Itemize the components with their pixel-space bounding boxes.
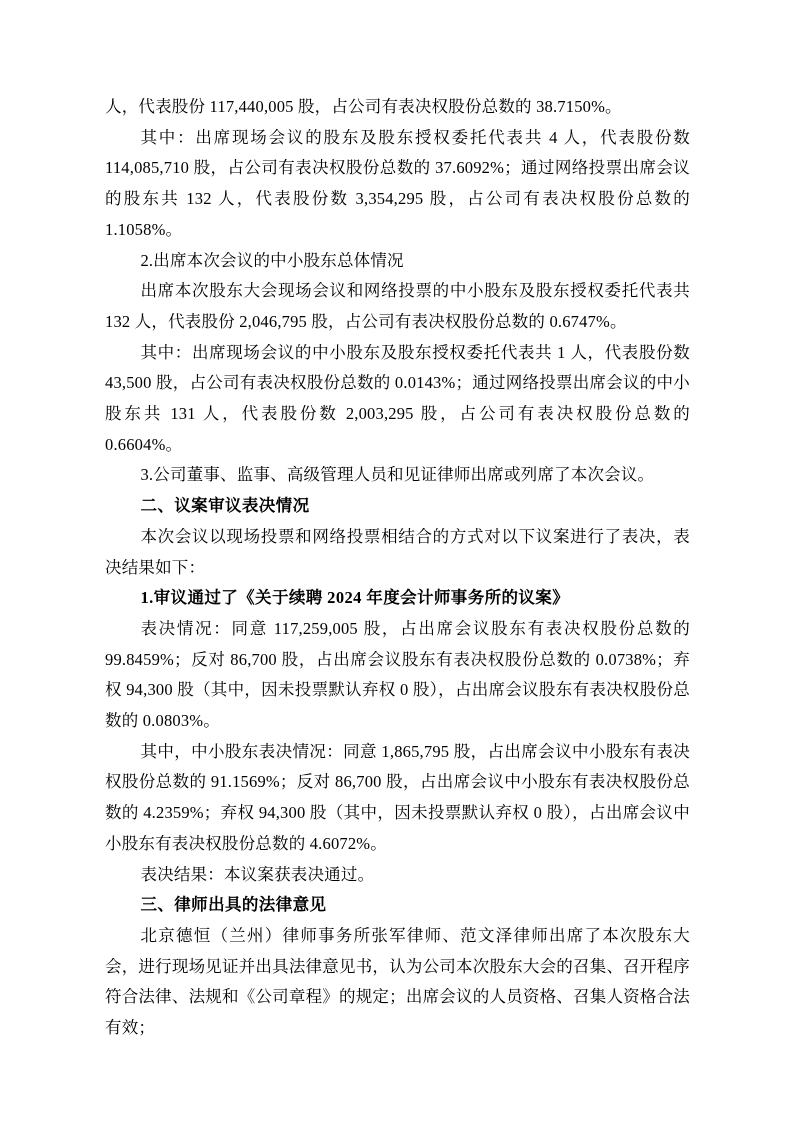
document-page: 人，代表股份 117,440,005 股，占公司有表决权股份总数的 38.715…: [0, 0, 794, 1122]
section-heading: 二、议案审议表决情况: [105, 491, 690, 522]
paragraph: 3.公司董事、监事、高级管理人员和见证律师出席或列席了本次会议。: [105, 460, 690, 491]
paragraph: 表决结果：本议案获表决通过。: [105, 860, 690, 891]
section-heading: 三、律师出具的法律意见: [105, 890, 690, 921]
paragraph: 其中：出席现场会议的股东及股东授权委托代表共 4 人，代表股份数 114,085…: [105, 123, 690, 246]
paragraph: 出席本次股东大会现场会议和网络投票的中小股东及股东授权委托代表共 132 人，代…: [105, 276, 690, 337]
document-body: 人，代表股份 117,440,005 股，占公司有表决权股份总数的 38.715…: [105, 92, 690, 1044]
paragraph: 表决情况：同意 117,259,005 股，占出席会议股东有表决权股份总数的 9…: [105, 614, 690, 737]
paragraph: 其中，中小股东表决情况：同意 1,865,795 股，占出席会议中小股东有表决权…: [105, 737, 690, 860]
paragraph: 人，代表股份 117,440,005 股，占公司有表决权股份总数的 38.715…: [105, 92, 690, 123]
paragraph: 本次会议以现场投票和网络投票相结合的方式对以下议案进行了表决，表决结果如下：: [105, 522, 690, 583]
paragraph: 2.出席本次会议的中小股东总体情况: [105, 246, 690, 277]
paragraph: 北京德恒（兰州）律师事务所张军律师、范文泽律师出席了本次股东大会，进行现场见证并…: [105, 921, 690, 1044]
section-heading: 1.审议通过了《关于续聘 2024 年度会计师事务所的议案》: [105, 583, 690, 614]
paragraph: 其中：出席现场会议的中小股东及股东授权委托代表共 1 人，代表股份数 43,50…: [105, 338, 690, 461]
